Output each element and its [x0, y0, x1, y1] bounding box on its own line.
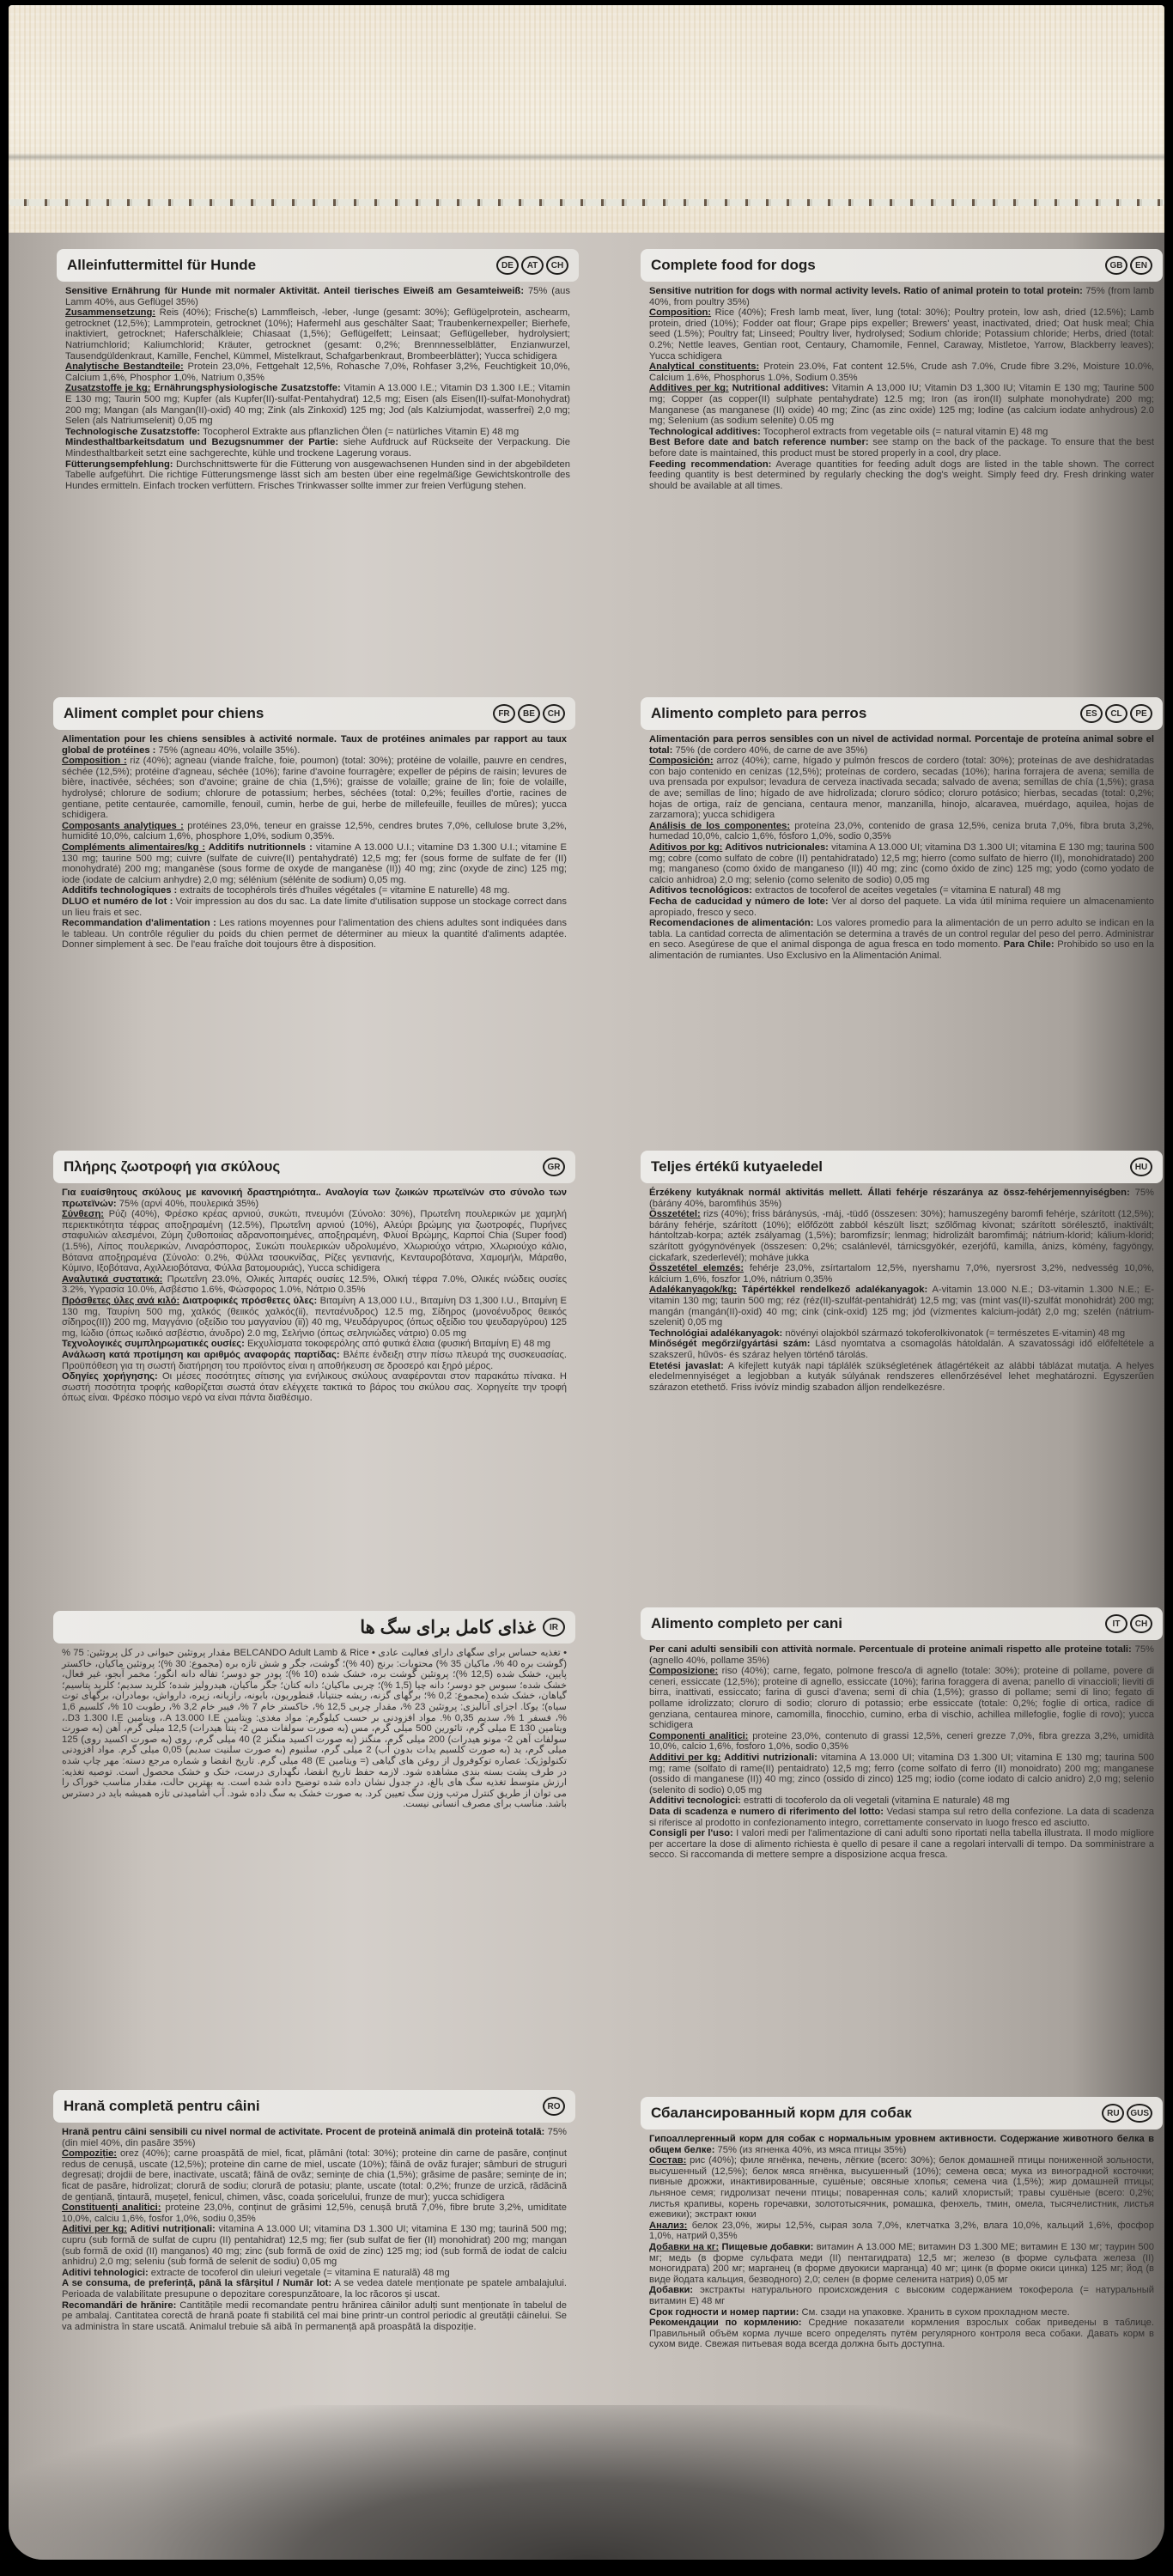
country-badge-hu: HU: [1130, 1157, 1152, 1176]
additives-sublabel: Aditivos nutricionales:: [722, 842, 829, 853]
panel-title: Alimento completo para perros: [651, 705, 866, 722]
country-badges: IT CH: [1105, 1614, 1152, 1633]
country-badges: ES CL PE: [1080, 704, 1152, 723]
country-badge-be: BE: [518, 704, 540, 723]
intro-label: Sensitive nutrition for dogs with normal…: [649, 286, 1083, 296]
panel-ir: غذای کامل برای سگ ها IR • تغذیه حساس برا…: [53, 1611, 575, 1810]
intro-text: 75% (agneau 40%, volaille 35%).: [155, 745, 300, 756]
panel-header: Complete food for dogs GB EN: [641, 249, 1163, 282]
additives-sublabel: Additifs nutritionnels :: [205, 842, 313, 853]
composition-text: Ρύζι (40%), Φρέσκο κρέας αρνιού, συκώτι,…: [62, 1209, 567, 1273]
panel-header: Alimento completo per cani IT CH: [641, 1607, 1163, 1640]
panel-body: Για ευαίσθητους σκύλους με κανονική δρασ…: [53, 1188, 575, 1404]
additives-sublabel: Tápértékkel rendelkező adalékanyagok:: [737, 1285, 927, 1295]
panel-body: Sensitive Ernährung für Hunde mit normal…: [57, 286, 579, 491]
bestbefore-label: Minőségét megőrzi/gyártási szám:: [649, 1339, 811, 1349]
additives-label: Compléments alimentaires/kg :: [62, 842, 205, 853]
composition-text: Rice (40%); Fresh lamb meat, liver, lung…: [649, 307, 1154, 361]
panel-body: • تغذیه حساس برای سگهای دارای فعالیت عاد…: [53, 1648, 575, 1810]
panel-body-text: • تغذیه حساس برای سگهای دارای فعالیت عاد…: [62, 1648, 567, 1810]
country-badge-gus: GUS: [1127, 2104, 1152, 2123]
country-badge-ir: IR: [543, 1618, 565, 1637]
panel-header: Teljes értékű kutyaeledel HU: [641, 1151, 1163, 1183]
composition-text: рис (40%); филе ягнёнка, печень, лёгкие …: [649, 2155, 1154, 2220]
country-badges: GB EN: [1105, 256, 1152, 275]
chile-label: Para Chile:: [1000, 939, 1054, 950]
panel-header: Сбалансированный корм для собак RU GUS: [641, 2097, 1163, 2129]
panel-ru: Сбалансированный корм для собак RU GUS Г…: [641, 2097, 1163, 2350]
country-badge-de: DE: [496, 256, 519, 275]
feeding-label: Recommandation d'alimentation :: [62, 918, 216, 928]
composition-label: Összetétel:: [649, 1209, 701, 1219]
tech-label: Additifs technologiques :: [62, 885, 177, 896]
panel-header: Hrană completă pentru câini RO: [53, 2090, 575, 2123]
feeding-label: Рекомендации по кормлению:: [649, 2318, 802, 2328]
country-badges: RU GUS: [1102, 2104, 1152, 2123]
panel-header: Πλήρης ζωοτροφή για σκύλους GR: [53, 1151, 575, 1183]
panel-body: Alimentation pour les chiens sensibles à…: [53, 734, 575, 951]
composition-label: Composizione:: [649, 1666, 718, 1676]
bestbefore-label: Fecha de caducidad y número de lote:: [649, 896, 829, 907]
country-badge-pe: PE: [1130, 704, 1152, 723]
tech-label: Добавки:: [649, 2285, 693, 2295]
product-package-back: Alleinfuttermittel für Hunde DE AT CH Se…: [9, 5, 1164, 2560]
feeding-label: Recomandări de hrănire:: [62, 2300, 176, 2311]
additives-sublabel: Ernährungsphysiologische Zusatzstoffe:: [150, 383, 340, 393]
panel-header: غذای کامل برای سگ ها IR: [53, 1611, 575, 1643]
bestbefore-text: См. сзади на упаковке. Хранить в сухом п…: [799, 2307, 1069, 2318]
feeding-label: Etetési javaslat:: [649, 1361, 724, 1371]
additives-label: Aditivos por kg:: [649, 842, 722, 853]
country-badges: RO: [543, 2097, 565, 2116]
tech-label: Technológiai adalékanyagok:: [649, 1328, 782, 1339]
panel-title: Hrană completă pentru câini: [64, 2098, 260, 2115]
intro-text: 75% (из ягненка 40%, из мяса птицы 35%): [714, 2145, 906, 2155]
feeding-text: A kifejlett kutyák napi táplálék szükség…: [649, 1361, 1154, 1393]
tech-label: Additivi tecnologici:: [649, 1795, 741, 1806]
panel-body: Hrană pentru câini sensibili cu nivel no…: [53, 2127, 575, 2332]
additives-sublabel: Διατροφικές πρόσθετες ύλες:: [179, 1296, 317, 1306]
additives-label: Additives per kg:: [649, 383, 729, 393]
panel-body: Sensitive nutrition for dogs with normal…: [641, 286, 1163, 491]
composition-text: arroz (40%); carne, hígado y pulmón fres…: [649, 756, 1154, 820]
additives-label: Aditivi per kg:: [62, 2224, 127, 2234]
country-badge-es: ES: [1080, 704, 1103, 723]
panel-gr: Πλήρης ζωοτροφή για σκύλους GR Για ευαίσ…: [53, 1151, 575, 1404]
bestbefore-label: Ανάλωση κατά προτίμηση και αριθμός αναφο…: [62, 1350, 340, 1360]
additives-label: Добавки на кг:: [649, 2242, 719, 2252]
analytical-label: Analytical constituents:: [649, 361, 759, 372]
feeding-label: Consigli per l'uso:: [649, 1828, 733, 1838]
panel-title: غذای کامل برای سگ ها: [360, 1617, 536, 1638]
panel-title: Alimento completo per cani: [651, 1615, 842, 1632]
tech-text: extracte de tocoferol din uleiuri vegeta…: [149, 2268, 450, 2278]
tech-label: Technologische Zusatzstoffe:: [65, 427, 200, 437]
feeding-label: Fütterungsempfehlung:: [65, 459, 173, 470]
composition-label: Zusammensetzung:: [65, 307, 155, 318]
composition-text: riso (40%); carne, fegato, polmone fresc…: [649, 1666, 1154, 1730]
composition-label: Composición:: [649, 756, 714, 766]
analytical-label: Composants analytiques :: [62, 821, 184, 831]
panel-header: Alimento completo para perros ES CL PE: [641, 697, 1163, 730]
country-badge-it: IT: [1105, 1614, 1127, 1633]
bestbefore-label: Data di scadenza e numero di riferimento…: [649, 1807, 884, 1817]
tech-label: Aditivos tecnológicos:: [649, 885, 752, 896]
country-badge-ch: CH: [546, 256, 568, 275]
panel-en: Complete food for dogs GB EN Sensitive n…: [641, 249, 1163, 491]
tech-text: növényi olajokból származó tokoferolkivo…: [782, 1328, 1125, 1339]
panel-ro: Hrană completă pentru câini RO Hrană pen…: [53, 2090, 575, 2332]
stitch-seam: [9, 199, 1164, 206]
country-badge-cl: CL: [1105, 704, 1127, 723]
tech-text: экстракты натурального происхождения с в…: [649, 2285, 1154, 2306]
additives-sublabel: Nutritional additives:: [729, 383, 829, 393]
composition-label: Compoziție:: [62, 2148, 117, 2159]
composition-text: rizs (40%); friss báránysús, -máj, -tüdő…: [649, 1209, 1154, 1262]
panel-header: Alleinfuttermittel für Hunde DE AT CH: [57, 249, 579, 282]
composition-text: orez (40%); carne proaspătă de miel, fic…: [62, 2148, 567, 2202]
country-badge-at: AT: [521, 256, 544, 275]
additives-label: Zusatzstoffe je kg:: [65, 383, 150, 393]
panel-title: Сбалансированный корм для собак: [651, 2105, 912, 2122]
composition-text: riz (40%); agneau (viande fraîche, foie,…: [62, 756, 567, 820]
analytical-label: Αναλυτικά συστατικά:: [62, 1274, 162, 1285]
tech-text: extractos de tocoferol de aceites vegeta…: [752, 885, 1061, 896]
country-badge-fr: FR: [493, 704, 515, 723]
analytical-label: Анализ:: [649, 2221, 687, 2231]
country-badge-ru: RU: [1102, 2104, 1124, 2123]
bestbefore-label: Best Before date and batch reference num…: [649, 437, 869, 447]
panel-body: Érzékeny kutyáknak normál aktivitás mell…: [641, 1188, 1163, 1393]
tech-text: extraits de tocophérols tirés d'huiles v…: [177, 885, 509, 896]
intro-text: 75% (de cordero 40%, de carne de ave 35%…: [672, 745, 867, 756]
bestbefore-label: A se consuma, de preferință, până la sfâ…: [62, 2278, 331, 2288]
intro-label: Sensitive Ernährung für Hunde mit normal…: [65, 286, 524, 296]
country-badges: HU: [1130, 1157, 1152, 1176]
panel-title: Complete food for dogs: [651, 257, 816, 274]
tech-label: Τεχνολογικές συμπληρωματικές ουσίες:: [62, 1339, 245, 1349]
panel-title: Aliment complet pour chiens: [64, 705, 264, 722]
panel-title: Teljes értékű kutyaeledel: [651, 1158, 823, 1176]
composition-label: Composition :: [62, 756, 127, 766]
package-bottom-shadow: [9, 2405, 1164, 2560]
tech-label: Technological additives:: [649, 427, 761, 437]
panel-fr: Aliment complet pour chiens FR BE CH Ali…: [53, 697, 575, 951]
bestbefore-label: DLUO et numéro de lot :: [62, 896, 173, 907]
composition-label: Состав:: [649, 2155, 686, 2166]
tech-text: Tocopherol Extrakte aus pflanzlichen Öle…: [200, 427, 519, 437]
bestbefore-label: Mindesthaltbarkeitsdatum und Bezugsnumme…: [65, 437, 338, 447]
additives-label: Adalékanyagok/kg:: [649, 1285, 737, 1295]
intro-label: Hrană pentru câini sensibili cu nivel no…: [62, 2127, 544, 2137]
country-badge-en: EN: [1130, 256, 1152, 275]
intro-text: 75% (αρνί 40%, πουλερικά 35%): [117, 1199, 258, 1209]
additives-label: Additivi per kg:: [649, 1753, 721, 1763]
tech-text: Εκχυλίσματα τοκοφερόλης από φυτικά έλαια…: [245, 1339, 550, 1349]
panel-es: Alimento completo para perros ES CL PE A…: [641, 697, 1163, 961]
tech-text: estratti di tocoferolo da oli vegetali (…: [741, 1795, 1010, 1806]
analytical-label: Összetétel elemzés:: [649, 1263, 744, 1273]
tech-label: Aditivi tehnologici:: [62, 2268, 149, 2278]
analytical-text: белок 23,0%, жиры 12,5%, сырая зола 7,0%…: [649, 2221, 1154, 2242]
analytical-label: Componenti analitici:: [649, 1731, 748, 1741]
composition-label: Composition:: [649, 307, 711, 318]
feeding-label: Recomendaciones de alimentación:: [649, 918, 813, 928]
seal-line: [9, 153, 1164, 161]
country-badges: DE AT CH: [496, 256, 568, 275]
panel-title: Πλήρης ζωοτροφή για σκύλους: [64, 1158, 280, 1176]
intro-label: Per cani adulti sensibili con attività n…: [649, 1644, 1132, 1655]
additives-sublabel: Additivi nutrizionali:: [721, 1753, 817, 1763]
analytical-label: Constituenți analitici:: [62, 2202, 161, 2213]
country-badge-ch: CH: [543, 704, 565, 723]
feeding-label: Feeding recommendation:: [649, 459, 771, 470]
country-badge-gb: GB: [1105, 256, 1127, 275]
country-badges: IR: [543, 1618, 565, 1637]
country-badge-gr: GR: [543, 1157, 565, 1176]
additives-sublabel: Пищевые добавки:: [719, 2242, 813, 2252]
composition-label: Σύνθεση:: [62, 1209, 104, 1219]
panel-header: Aliment complet pour chiens FR BE CH: [53, 697, 575, 730]
tech-text: Tocopherol extracts from vegetable oils …: [761, 427, 1048, 437]
analytical-label: Analytische Bestandteile:: [65, 361, 184, 372]
panel-body: Alimentación para perros sensibles con u…: [641, 734, 1163, 961]
panel-it: Alimento completo per cani IT CH Per can…: [641, 1607, 1163, 1861]
panel-hu: Teljes értékű kutyaeledel HU Érzékeny ku…: [641, 1151, 1163, 1393]
panel-title: Alleinfuttermittel für Hunde: [67, 257, 256, 274]
additives-label: Πρόσθετες ύλες ανά κιλό:: [62, 1296, 179, 1306]
country-badge-ro: RO: [543, 2097, 565, 2116]
panel-body: Per cani adulti sensibili con attività n…: [641, 1644, 1163, 1861]
panel-body: Гипоаллергенный корм для собак с нормаль…: [641, 2134, 1163, 2350]
bestbefore-label: Срок годности и номер партии:: [649, 2307, 799, 2318]
additives-sublabel: Aditivi nutriționali:: [127, 2224, 216, 2234]
panel-de: Alleinfuttermittel für Hunde DE AT CH Se…: [57, 249, 579, 491]
analytical-label: Análisis de los componentes:: [649, 821, 790, 831]
country-badges: GR: [543, 1157, 565, 1176]
intro-label: Érzékeny kutyáknak normál aktivitás mell…: [649, 1188, 1130, 1198]
feeding-label: Οδηγίες χορήγησης:: [62, 1371, 158, 1382]
country-badges: FR BE CH: [493, 704, 565, 723]
country-badge-ch: CH: [1130, 1614, 1152, 1633]
package-top-texture: [9, 5, 1164, 233]
intro-label: Alimentation pour les chiens sensibles à…: [62, 734, 567, 756]
